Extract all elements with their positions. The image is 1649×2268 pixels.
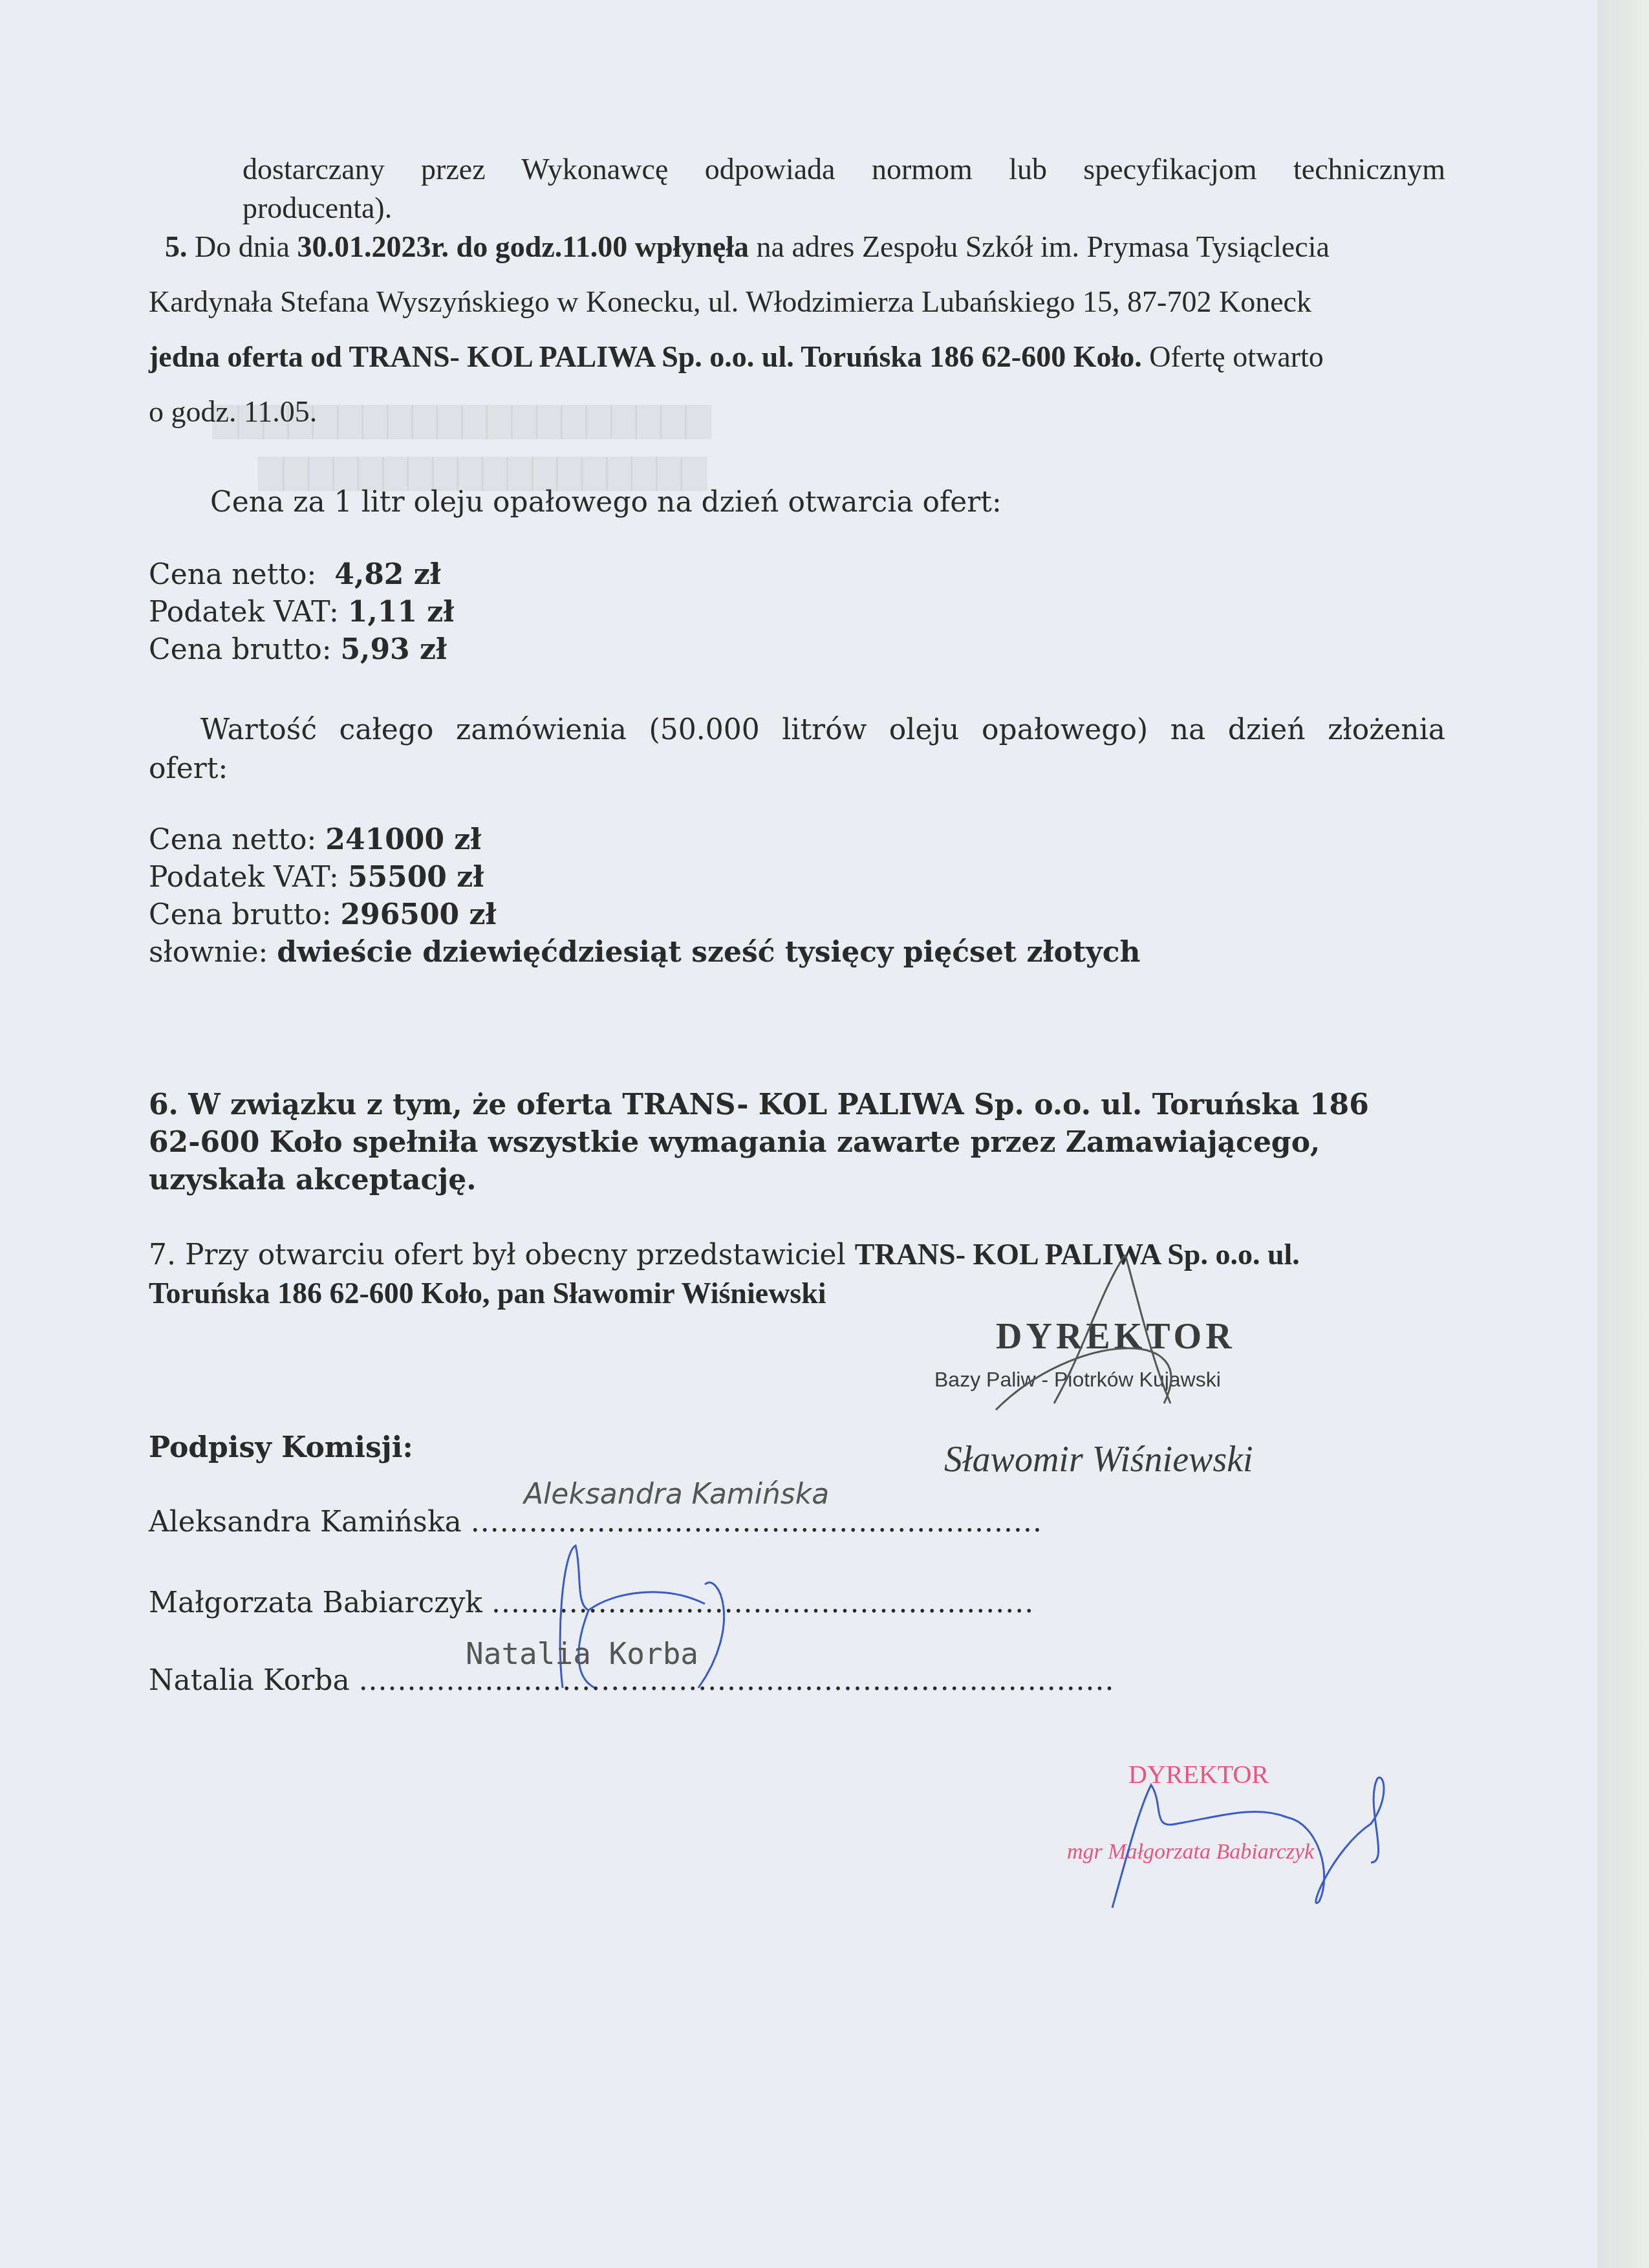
item5-date: 30.01.2023r. do godz.11.00 wpłynęła bbox=[297, 230, 749, 263]
handwritten-signature: Aleksandra Kamińska bbox=[524, 1478, 829, 1511]
page-edge bbox=[1597, 0, 1649, 2268]
member-name: Natalia Korba bbox=[149, 1664, 350, 1697]
price-per-liter-heading: Cena za 1 litr oleju opałowego na dzień … bbox=[210, 484, 1002, 521]
commission-heading: Podpisy Komisji: bbox=[149, 1429, 413, 1467]
item7-line2: Toruńska 186 62-600 Koło, pan Sławomir W… bbox=[149, 1274, 826, 1313]
order-value-heading: Wartość całego zamówienia (50.000 litrów… bbox=[200, 711, 1445, 749]
order-value: 296500 zł bbox=[340, 898, 496, 931]
price-value: 4,82 zł bbox=[334, 558, 440, 591]
contractor-signature-icon bbox=[957, 1255, 1229, 1429]
item6-line1: 6. W związku z tym, że oferta TRANS- KOL… bbox=[149, 1086, 1369, 1124]
order-row-netto: Cena netto: 241000 zł bbox=[149, 821, 481, 859]
item5-offer: jedna oferta od TRANS- KOL PALIWA Sp. o.… bbox=[149, 340, 1142, 373]
member-name: Aleksandra Kamińska bbox=[149, 1506, 462, 1539]
item5-address1: na adres Zespołu Szkół im. Prymasa Tysią… bbox=[757, 230, 1330, 263]
price-value: 5,93 zł bbox=[340, 633, 446, 666]
item4-line1: dostarczany przez Wykonawcę odpowiada no… bbox=[242, 150, 1445, 189]
contractor-name-stamp: Sławomir Wiśniewski bbox=[944, 1439, 1253, 1480]
order-words-value: dwieście dziewięćdziesiąt sześć tysięcy … bbox=[277, 936, 1140, 969]
document-page: ▇▇▇▇▇▇▇▇▇▇▇▇▇▇▇▇▇▇▇▇ ▇▇▇▇▇▇▇▇▇▇▇▇▇▇▇▇▇▇ … bbox=[0, 0, 1597, 2268]
item4-line2: producenta). bbox=[242, 189, 392, 228]
item5-line1: 5. Do dnia 30.01.2023r. do godz.11.00 wp… bbox=[165, 228, 1330, 266]
order-words: słownie: dwieście dziewięćdziesiąt sześć… bbox=[149, 934, 1140, 971]
director-signature-icon bbox=[1086, 1746, 1423, 1921]
order-row-brutto: Cena brutto: 296500 zł bbox=[149, 896, 496, 934]
item6-line3: uzyskała akceptację. bbox=[149, 1161, 476, 1199]
price-row-vat: Podatek VAT: 1,11 zł bbox=[149, 594, 454, 631]
order-value: 241000 zł bbox=[325, 823, 481, 856]
item5-opened-time: o godz. 11.05. bbox=[149, 393, 317, 431]
item6-line2: 62-600 Koło spełniła wszystkie wymagania… bbox=[149, 1124, 1320, 1161]
item5-address2: Kardynała Stefana Wyszyńskiego w Konecku… bbox=[149, 283, 1311, 321]
member-name: Małgorzata Babiarczyk bbox=[149, 1586, 482, 1619]
handwritten-signature: Natalia Korba bbox=[466, 1636, 698, 1671]
order-value-heading2: ofert: bbox=[149, 750, 228, 788]
price-value: 1,11 zł bbox=[348, 596, 454, 629]
price-row-brutto: Cena brutto: 5,93 zł bbox=[149, 631, 447, 669]
item5-pre: Do dnia bbox=[195, 230, 290, 263]
price-row-netto: Cena netto: 4,82 zł bbox=[149, 556, 441, 594]
order-value: 55500 zł bbox=[348, 861, 484, 894]
item5-opened: Ofertę otwarto bbox=[1149, 340, 1324, 373]
order-row-vat: Podatek VAT: 55500 zł bbox=[149, 859, 484, 896]
item5-number: 5. bbox=[165, 230, 188, 263]
item5-line3: jedna oferta od TRANS- KOL PALIWA Sp. o.… bbox=[149, 338, 1324, 376]
